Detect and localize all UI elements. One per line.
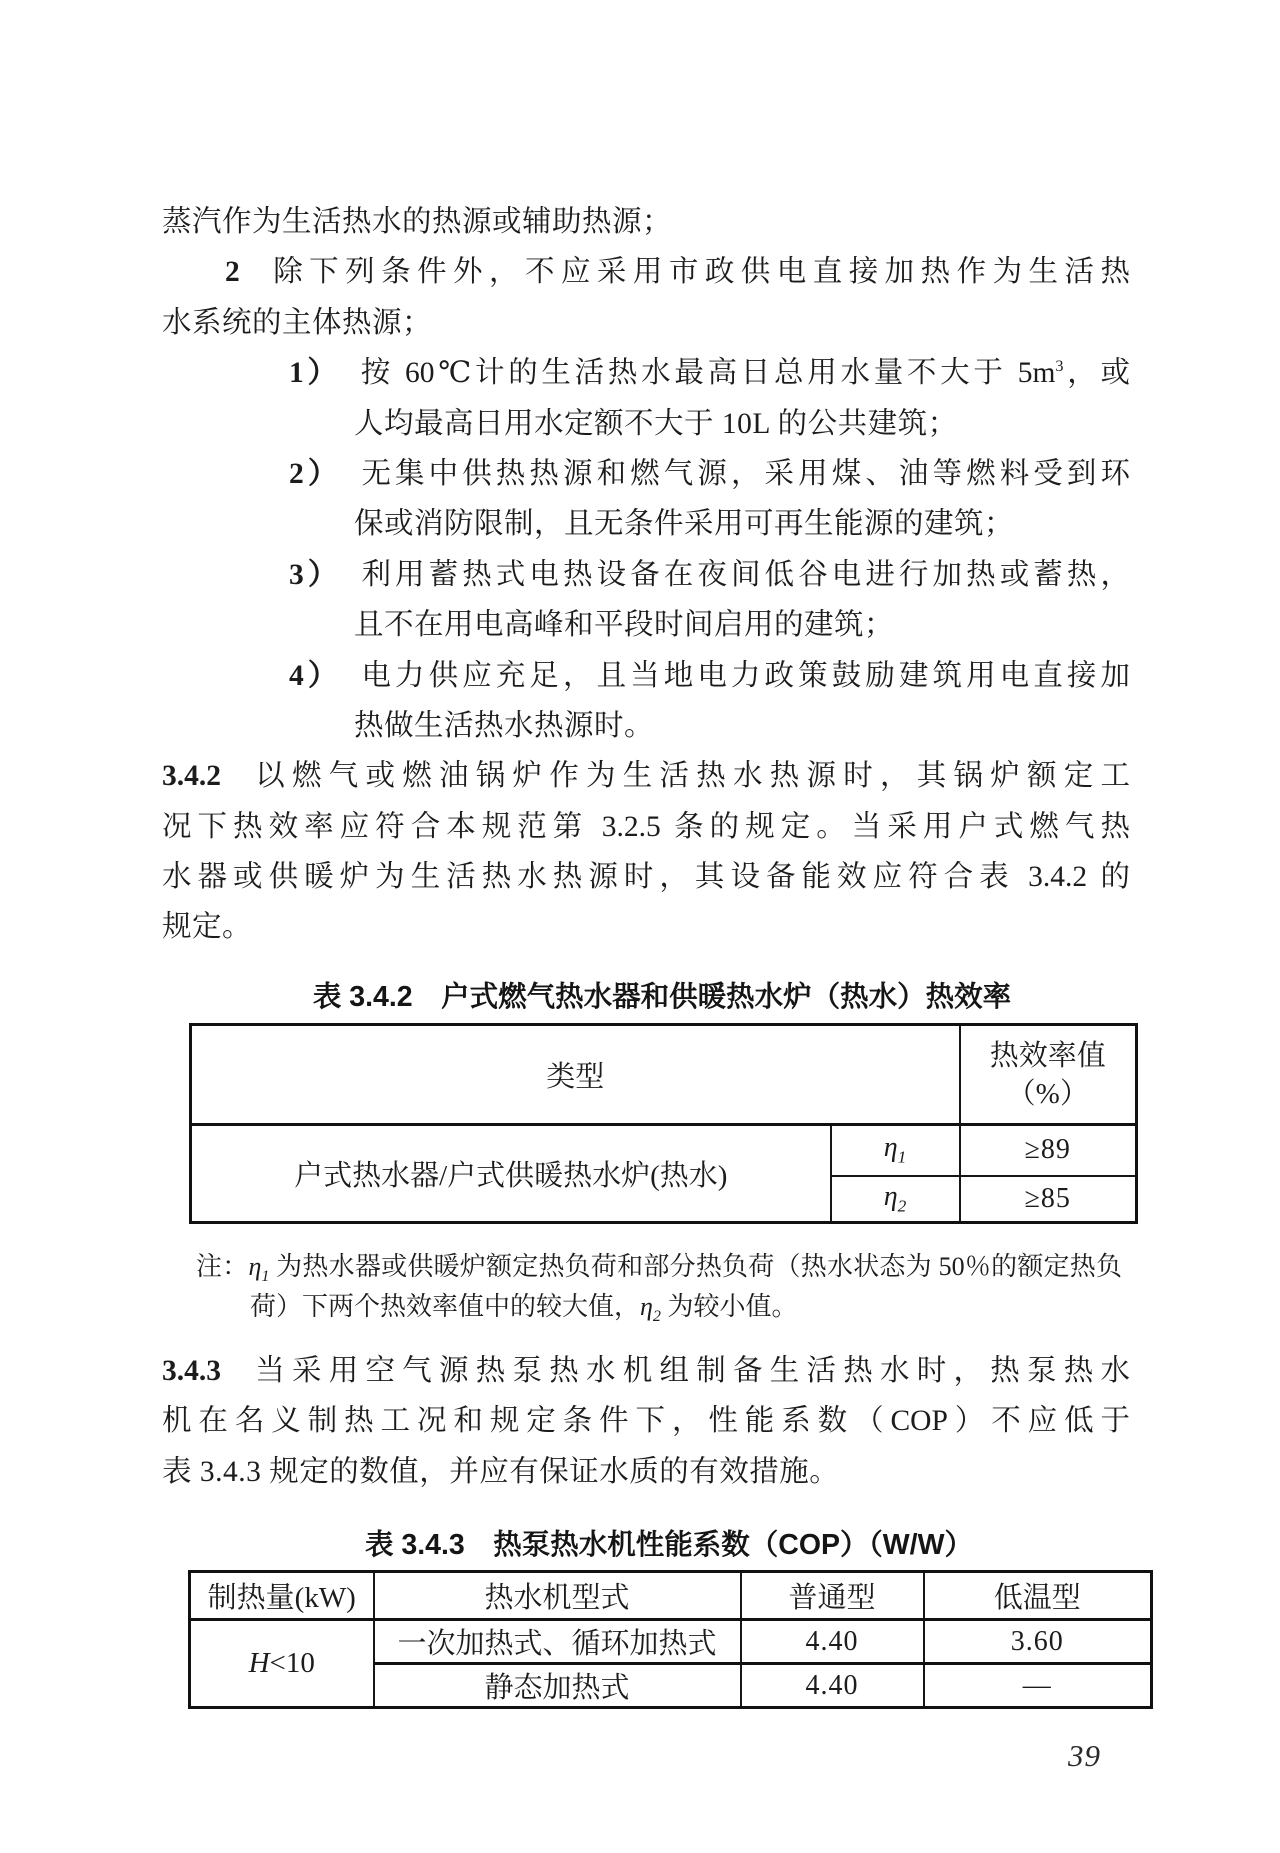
note-eta2-letter: η — [640, 1292, 653, 1321]
subitem-2-text: 无集中供热热源和燃气源，采用煤、油等燃料受到环 — [361, 458, 1130, 490]
table-343-row2-normal: 4.40 — [741, 1664, 924, 1708]
table-342-header-row: 类型 热效率值 （%） — [191, 1025, 1137, 1125]
table-343-header-row: 制热量(kW) 热水机型式 普通型 低温型 — [190, 1572, 1152, 1620]
table-343-capacity-group: H<10 — [190, 1620, 374, 1708]
table-342-header-value: 热效率值 （%） — [960, 1025, 1137, 1125]
superscript-3: 3 — [1055, 357, 1063, 375]
clause-343-line-3: 表 3.4.3 规定的数值，并应有保证水质的有效措施。 — [162, 1447, 1130, 1497]
clause-2-line-1: 2除下列条件外，不应采用市政供电直接加热作为生活热 — [162, 247, 1130, 297]
note-eta1-letter: η — [248, 1252, 261, 1281]
subitem-3-text: 利用蓄热式电热设备在夜间低谷电进行加热或蓄热， — [361, 559, 1130, 591]
table-343-row2-type: 静态加热式 — [374, 1664, 741, 1708]
eta2-symbol: η2 — [831, 1176, 960, 1223]
subitem-2-number: 2） — [289, 458, 341, 490]
eta2-value: ≥85 — [960, 1176, 1137, 1223]
table-343: 制热量(kW) 热水机型式 普通型 低温型 H<10 一次加热式、循环加热式 4… — [188, 1570, 1153, 1709]
intro-line-text: 蒸汽作为生活热水的热源或辅助热源； — [162, 206, 672, 238]
subitem-1-text: 按 60℃计的生活热水最高日总用水量不大于 5m — [361, 357, 1056, 389]
table-343-row1-normal: 4.40 — [741, 1620, 924, 1664]
subitem-4-line-2: 热做生活热水热源时。 — [162, 701, 1130, 751]
table-342: 类型 热效率值 （%） 户式热水器/户式供暖热水炉(热水) η1 ≥89 η2 … — [189, 1023, 1138, 1224]
clause-343-number: 3.4.3 — [162, 1355, 221, 1387]
note-line-2: 荷）下两个热效率值中的较大值，η2 为较小值。 — [196, 1287, 1122, 1327]
subitem-1-line-1: 1）按 60℃计的生活热水最高日总用水量不大于 5m3，或 — [162, 348, 1130, 398]
page-number: 39 — [1068, 1738, 1101, 1774]
clause-342-number: 3.4.2 — [162, 760, 221, 792]
table-342-header-value-line2: （%） — [961, 1075, 1136, 1113]
subitem-1-text-end: ，或 — [1064, 357, 1130, 389]
table-343-caption: 表 3.4.3 热泵热水机性能系数（COP）（W/W） — [188, 1522, 1150, 1563]
note-eta1: η1 — [248, 1252, 269, 1281]
subitem-4-number: 4） — [289, 660, 341, 692]
clause-342-text-1: 以燃气或燃油锅炉作为生活热水热源时，其锅炉额定工 — [248, 760, 1130, 792]
subitem-3-line-1: 3）利用蓄热式电热设备在夜间低谷电进行加热或蓄热， — [162, 550, 1130, 600]
subitem-3-line-2: 且不在用电高峰和平段时间启用的建筑； — [162, 600, 1130, 650]
clause-343-text-2: 机在名义制热工况和规定条件下，性能系数（COP）不应低于 — [162, 1405, 1130, 1437]
eta1-symbol: η1 — [831, 1125, 960, 1176]
subitem-3-number: 3） — [289, 559, 341, 591]
body-text: 蒸汽作为生活热水的热源或辅助热源； 2除下列条件外，不应采用市政供电直接加热作为… — [162, 197, 1130, 953]
clause-342-text-2: 况下热效率应符合本规范第 3.2.5 条的规定。当采用户式燃气热 — [162, 811, 1130, 843]
table-342-row-eta1: 户式热水器/户式供暖热水炉(热水) η1 ≥89 — [191, 1125, 1137, 1176]
eta1-subscript: 1 — [898, 1148, 907, 1167]
clause-342-line-2: 况下热效率应符合本规范第 3.2.5 条的规定。当采用户式燃气热 — [162, 802, 1130, 852]
table-343-row1-type: 一次加热式、循环加热式 — [374, 1620, 741, 1664]
subitem-4-line-1: 4）电力供应充足，且当地电力政策鼓励建筑用电直接加 — [162, 651, 1130, 701]
clause-342-line-1: 3.4.2以燃气或燃油锅炉作为生活热水热源时，其锅炉额定工 — [162, 751, 1130, 801]
note-line-1-text: 为热水器或供暖炉额定热负荷和部分热负荷（热水状态为 50％的额定热负 — [276, 1252, 1122, 1281]
note-label: 注： — [196, 1252, 248, 1281]
note-eta2-subscript: 2 — [653, 1308, 661, 1325]
clause-343-block: 3.4.3当采用空气源热泵热水机组制备生活热水时，热泵热水 机在名义制热工况和规… — [162, 1346, 1130, 1497]
table-343-header-capacity: 制热量(kW) — [190, 1572, 374, 1620]
subitem-1-line-2: 人均最高日用水定额不大于 10L 的公共建筑； — [162, 399, 1130, 449]
clause-2-text: 除下列条件外，不应采用市政供电直接加热作为生活热 — [267, 256, 1130, 288]
note-line-1: 注：η1 为热水器或供暖炉额定热负荷和部分热负荷（热水状态为 50％的额定热负 — [196, 1247, 1122, 1287]
table-342-header-value-line1: 热效率值 — [961, 1037, 1136, 1075]
clause-343-line-1: 3.4.3当采用空气源热泵热水机组制备生活热水时，热泵热水 — [162, 1346, 1130, 1396]
capacity-limit: <10 — [270, 1647, 315, 1679]
clause-342-text-4: 规定。 — [162, 911, 252, 943]
table-343-header-normal: 普通型 — [741, 1572, 924, 1620]
eta1-value: ≥89 — [960, 1125, 1137, 1176]
subitem-3-text-cont: 且不在用电高峰和平段时间启用的建筑； — [354, 609, 894, 641]
table-342-note: 注：η1 为热水器或供暖炉额定热负荷和部分热负荷（热水状态为 50％的额定热负 … — [196, 1247, 1122, 1327]
clause-342-text-3: 水器或供暖炉为生活热水热源时，其设备能效应符合表 3.4.2 的 — [162, 861, 1130, 893]
note-eta1-subscript: 1 — [261, 1268, 269, 1285]
clause-343-text-3: 表 3.4.3 规定的数值，并应有保证水质的有效措施。 — [162, 1456, 839, 1488]
eta1-letter: η — [884, 1132, 898, 1163]
subitem-2-line-2: 保或消防限制，且无条件采用可再生能源的建筑； — [162, 499, 1130, 549]
table-343-row-1: H<10 一次加热式、循环加热式 4.40 3.60 — [190, 1620, 1152, 1664]
note-line-2-text: 荷）下两个热效率值中的较大值， — [250, 1292, 640, 1321]
subitem-2-line-1: 2）无集中供热热源和燃气源，采用煤、油等燃料受到环 — [162, 449, 1130, 499]
eta2-subscript: 2 — [898, 1197, 907, 1216]
table-343-row1-lowtemp: 3.60 — [924, 1620, 1152, 1664]
clause-2-number: 2 — [225, 256, 240, 288]
table-342-row-label: 户式热水器/户式供暖热水炉(热水) — [191, 1125, 831, 1223]
paragraph-line: 蒸汽作为生活热水的热源或辅助热源； — [162, 197, 1130, 247]
table-343-header-lowtemp: 低温型 — [924, 1572, 1152, 1620]
subitem-4-text-cont: 热做生活热水热源时。 — [354, 710, 654, 742]
subitem-4-text: 电力供应充足，且当地电力政策鼓励建筑用电直接加 — [361, 660, 1130, 692]
table-342-caption: 表 3.4.2 户式燃气热水器和供暖热水炉（热水）热效率 — [189, 974, 1135, 1015]
subitem-2-text-cont: 保或消防限制，且无条件采用可再生能源的建筑； — [354, 508, 1014, 540]
clause-2-line-2: 水系统的主体热源； — [162, 298, 1130, 348]
note-line-2-end: 为较小值。 — [667, 1292, 797, 1321]
clause-343-text-1: 当采用空气源热泵热水机组制备生活热水时，热泵热水 — [248, 1355, 1130, 1387]
clause-2-text-cont: 水系统的主体热源； — [162, 307, 432, 339]
clause-342-line-4: 规定。 — [162, 902, 1130, 952]
table-342-header-type: 类型 — [191, 1025, 960, 1125]
table-343-row2-lowtemp: — — [924, 1664, 1152, 1708]
note-eta2: η2 — [640, 1292, 661, 1321]
clause-342-line-3: 水器或供暖炉为生活热水热源时，其设备能效应符合表 3.4.2 的 — [162, 852, 1130, 902]
subitem-1-text-cont: 人均最高日用水定额不大于 10L 的公共建筑； — [354, 408, 958, 440]
capacity-variable: H — [249, 1647, 270, 1679]
subitem-1-number: 1） — [289, 357, 341, 389]
eta2-letter: η — [884, 1181, 898, 1212]
table-343-header-type: 热水机型式 — [374, 1572, 741, 1620]
clause-343-line-2: 机在名义制热工况和规定条件下，性能系数（COP）不应低于 — [162, 1396, 1130, 1446]
